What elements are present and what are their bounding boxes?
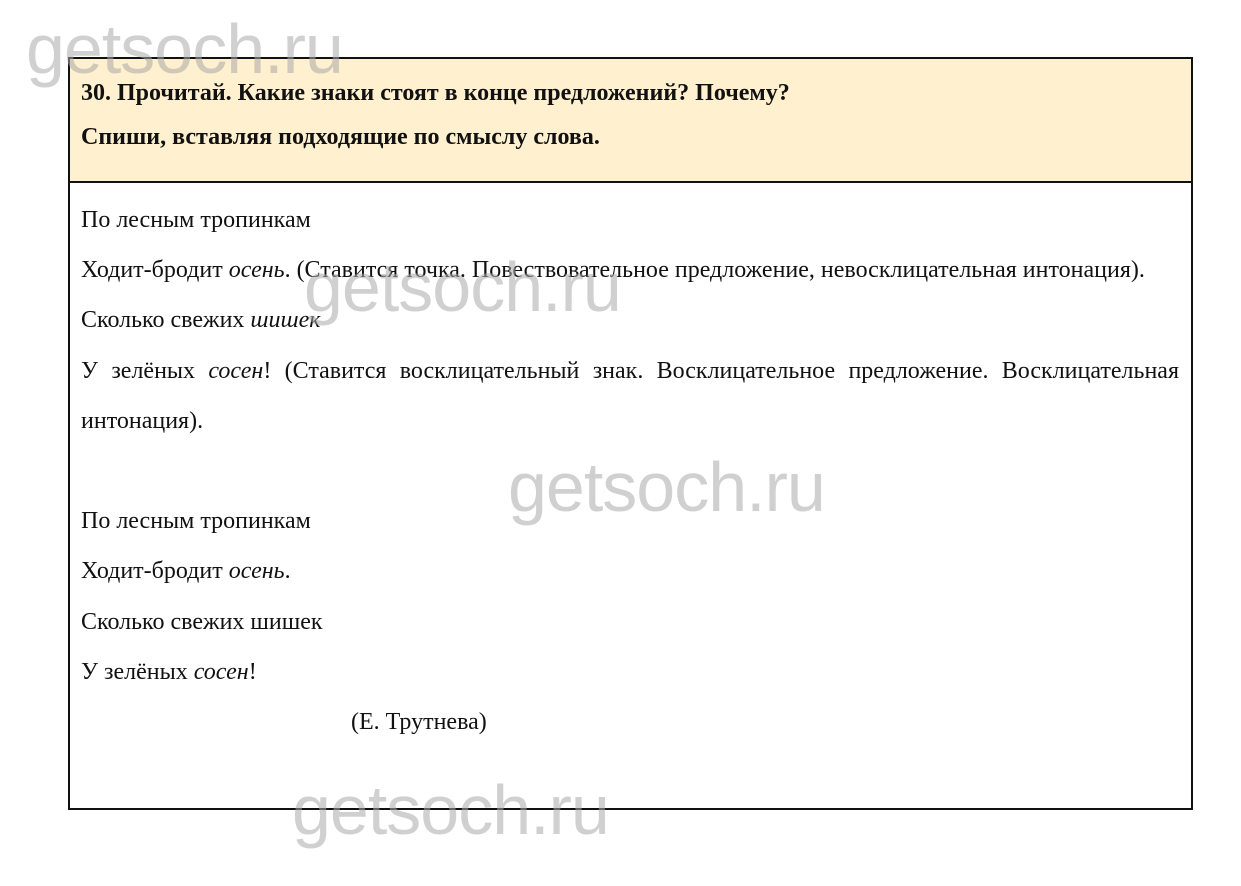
task-header: 30. Прочитай. Какие знаки стоят в конце … [70, 59, 1191, 183]
inserted-word: шишек [250, 307, 320, 333]
blank-line [81, 446, 1179, 496]
annotated-line-4: У зелёных сосен! (Ставится восклицательн… [81, 346, 1179, 446]
poem-line-1: По лесным тропинкам [81, 496, 1179, 546]
annotated-line-3: Сколько свежих шишек [81, 295, 1179, 345]
task-number: 30. [81, 80, 111, 106]
poem-line-4: У зелёных сосен! [81, 647, 1179, 697]
inserted-word: осень [229, 257, 285, 283]
poem-line-3: Сколько свежих шишек [81, 597, 1179, 647]
annotated-line-2: Ходит-бродит осень. (Ставится точка. Пов… [81, 245, 1179, 295]
task-card: 30. Прочитай. Какие знаки стоят в конце … [68, 57, 1193, 810]
inserted-word: сосен [208, 358, 263, 384]
task-instruction-line-1: 30. Прочитай. Какие знаки стоят в конце … [81, 68, 1191, 118]
answer-body: По лесным тропинкам Ходит-бродит осень. … [70, 183, 1191, 747]
annotated-line-1: По лесным тропинкам [81, 195, 1179, 245]
poem-author: (Е. Трутнева) [81, 697, 1179, 747]
inserted-word: осень [229, 558, 285, 584]
inserted-word: сосен [194, 659, 249, 685]
poem-line-2: Ходит-бродит осень. [81, 546, 1179, 596]
task-instruction-line-2: Спиши, вставляя подходящие по смыслу сло… [81, 112, 1191, 162]
